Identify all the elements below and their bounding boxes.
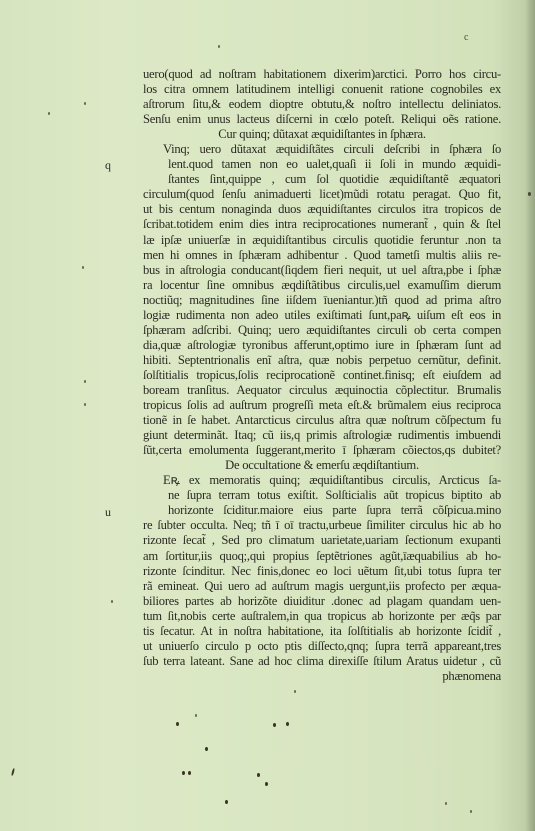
text-line: ra locentur ſine omnibus æqdiſtãtibus ci… bbox=[143, 278, 501, 293]
paper-speck bbox=[182, 771, 185, 775]
paper-speck bbox=[273, 723, 276, 727]
text-line: rizonte ſcinditur. Nec finis,donec eo lo… bbox=[143, 564, 501, 579]
text-line: lent.quod tamen non eo ualet,quaſi ii ſo… bbox=[143, 157, 501, 172]
section-heading: De occultatione & emerſu æqdiſtantium. bbox=[143, 458, 501, 473]
text-line: hibiti. Septentrionalis enĩ aſtra, quæ n… bbox=[143, 353, 501, 368]
text-line: ſphæram adſcribi. Quinq; uero æquidiſtan… bbox=[143, 323, 501, 338]
text-line: los citra omnem latitudinem intelligi co… bbox=[143, 82, 501, 97]
paper-speck bbox=[111, 600, 113, 603]
section-heading: Cur quinq; dũtaxat æquidiſtantes in ſphæ… bbox=[143, 127, 501, 142]
catchword: phænomena bbox=[143, 669, 501, 684]
text-line: logiæ rudimenta non adeo utiles exiſtima… bbox=[143, 308, 501, 323]
paper-speck bbox=[445, 802, 447, 805]
text-line: Senſu enim unus lacteus diſcerni in cœlo… bbox=[143, 112, 501, 127]
paper-speck bbox=[84, 403, 86, 406]
paper-speck bbox=[82, 266, 84, 269]
paper-speck bbox=[286, 722, 289, 726]
paper-speck bbox=[225, 800, 228, 804]
body-text: uero(quod ad noſtram habitationem dixeri… bbox=[143, 67, 501, 684]
paper-speck bbox=[48, 112, 50, 115]
text-line: re ſubter occulta. Neq; tñ ī oī tractu,u… bbox=[143, 518, 501, 533]
text-line: ſũt,certa emolumenta ſuggerant,merito ī … bbox=[143, 443, 501, 458]
text-line: ſcribat.totidem enim dies intra reciproc… bbox=[143, 217, 501, 232]
paper-speck bbox=[257, 773, 260, 777]
paper-speck bbox=[84, 102, 86, 105]
text-line: ut uniuerſo circulo p octo ptis diſſecto… bbox=[143, 639, 501, 654]
text-line: men hi omnes in ſphæram adhibentur . Quo… bbox=[143, 248, 501, 263]
text-line: noctiũq; magnitudines ſine iiſdem īuenia… bbox=[143, 293, 501, 308]
text-line: ſtantes ſint,quippe , cum ſol quotidie æ… bbox=[143, 172, 501, 187]
paper-speck bbox=[84, 380, 86, 383]
paper-speck bbox=[265, 782, 268, 786]
text-line: boream tranſitus. Aequator circulus æqui… bbox=[143, 383, 501, 398]
text-line: ut bis centum nonaginda duos æquidiſtant… bbox=[143, 202, 501, 217]
text-line: Eꝶ ex memoratis quinq; æquidiſtantibus c… bbox=[143, 473, 501, 488]
paper-speck bbox=[188, 771, 191, 775]
text-line: ne ſupra terram totus exiſtit. Solſticia… bbox=[143, 488, 501, 503]
paper-speck bbox=[205, 747, 208, 751]
text-line: ſub terra lateant. Sane ad hoc clima dir… bbox=[143, 654, 501, 669]
text-line: bus in aſtrologia conducant(ſiqdem fieri… bbox=[143, 263, 501, 278]
paper-speck bbox=[11, 768, 15, 776]
text-line: giunt determinãt. Itaq; cũ iis,q primis … bbox=[143, 428, 501, 443]
text-line: am ſortitur,iis quoq;,qui propius ſeptẽt… bbox=[143, 549, 501, 564]
text-line: ſolſtitialis tropicus,ſolis reciprocatio… bbox=[143, 368, 501, 383]
text-line: Vinq; uero dũtaxat æquidiſtãtes circuli … bbox=[143, 142, 501, 157]
text-line: rã emineat. Qui uero ad auſtrum magis ue… bbox=[143, 579, 501, 594]
text-line: biliores partes ab horizõte diuiditur .d… bbox=[143, 594, 501, 609]
guide-letter-q: q bbox=[105, 158, 111, 173]
text-line: tropicus ſolis ad auſtrum progreſſi meta… bbox=[143, 398, 501, 413]
text-line: circulum(quod ſenſu animaduerti licet)mũ… bbox=[143, 187, 501, 202]
text-line: uero(quod ad noſtram habitationem dixeri… bbox=[143, 67, 501, 82]
text-line: tionẽ in ſe habet. Antarcticus circulus … bbox=[143, 413, 501, 428]
text-line: tum ſit,nobis certe auſtralem,in qua tro… bbox=[143, 609, 501, 624]
paper-speck bbox=[176, 722, 179, 726]
signature-mark: c bbox=[464, 32, 468, 43]
paper-speck bbox=[218, 45, 220, 48]
text-line: aſtrorum ſitu,& eodem dioptre obtutu,& n… bbox=[143, 97, 501, 112]
guide-letter-u: u bbox=[105, 505, 111, 520]
manuscript-page: c q u uero(quod ad noſtram habitationem … bbox=[0, 0, 535, 831]
text-line: tis ſecatur. At in noſtra habitatione, i… bbox=[143, 624, 501, 639]
page-edge-shadow bbox=[525, 0, 535, 831]
text-line: læ ipſæ uniuerſæ in æquidiſtantibus circ… bbox=[143, 233, 501, 248]
text-line: horizonte ſciditur.maiore eius parte ſup… bbox=[143, 503, 501, 518]
paper-speck bbox=[195, 714, 197, 717]
paper-speck bbox=[470, 810, 472, 813]
text-line: dia,quæ aſtrologiæ tyronibus afferunt,op… bbox=[143, 338, 501, 353]
text-line: rizonte ſecat̃ , Sed pro climatum uariet… bbox=[143, 533, 501, 548]
paper-speck bbox=[294, 690, 296, 693]
